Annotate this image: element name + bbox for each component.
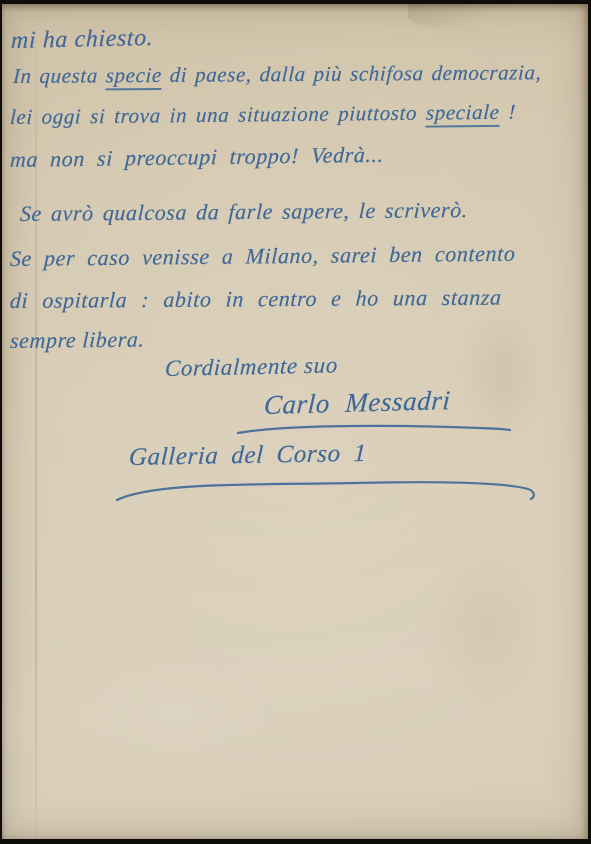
letter-line-5: Se avrò qualcosa da farle sapere, le scr… xyxy=(19,197,468,227)
signature: Carlo Messadri xyxy=(263,385,452,421)
signature-flourish xyxy=(235,420,513,438)
signature-text: Carlo Messadri xyxy=(263,385,451,420)
letter-line-7: di ospitarla : abito in centro e ho una … xyxy=(9,285,502,314)
letter-line-1: mi ha chiesto. xyxy=(11,25,154,55)
paper-crease-top-right xyxy=(408,4,528,30)
letter-line-6: Se per caso venisse a Milano, sarei ben … xyxy=(9,241,516,272)
paper-stain xyxy=(62,659,282,779)
line-7-text: di ospitarla : abito in centro e ho una … xyxy=(9,285,502,313)
line-4-text: ma non si preoccupi troppo! Vedrà... xyxy=(10,142,385,172)
line-5-text: Se avrò qualcosa da farle sapere, le scr… xyxy=(19,197,468,226)
letter-line-8: sempre libera. xyxy=(9,327,145,354)
line-3-seg-3: ! xyxy=(499,100,516,124)
line-8-text: sempre libera. xyxy=(9,327,145,353)
line-3-seg-1: lei oggi si trova in una situazione piut… xyxy=(10,101,427,129)
line-6-text: Se per caso venisse a Milano, sarei ben … xyxy=(9,241,516,271)
address-text: Galleria del Corso 1 xyxy=(128,440,367,471)
letter-page: mi ha chiesto. In questa specie di paese… xyxy=(2,4,588,839)
underlined-word-specie: specie xyxy=(105,63,162,90)
address-flourish xyxy=(114,472,542,504)
line-2-seg-3: di paese, dalla più schifosa democrazia, xyxy=(161,60,542,87)
letter-line-3: lei oggi si trova in una situazione piut… xyxy=(9,100,516,130)
letter-closing: Cordialmente suo xyxy=(164,352,338,382)
paper-stain xyxy=(418,539,558,719)
line-1-text: mi ha chiesto. xyxy=(11,25,154,54)
underlined-word-speciale: speciale xyxy=(425,100,500,128)
sender-address: Galleria del Corso 1 xyxy=(128,440,367,472)
scanned-letter-photo: mi ha chiesto. In questa specie di paese… xyxy=(0,0,591,844)
closing-text: Cordialmente suo xyxy=(164,352,338,381)
letter-line-2: In questa specie di paese, dalla più sch… xyxy=(12,60,542,89)
line-2-seg-1: In questa xyxy=(12,63,106,88)
letter-line-4: ma non si preoccupi troppo! Vedrà... xyxy=(10,142,385,173)
